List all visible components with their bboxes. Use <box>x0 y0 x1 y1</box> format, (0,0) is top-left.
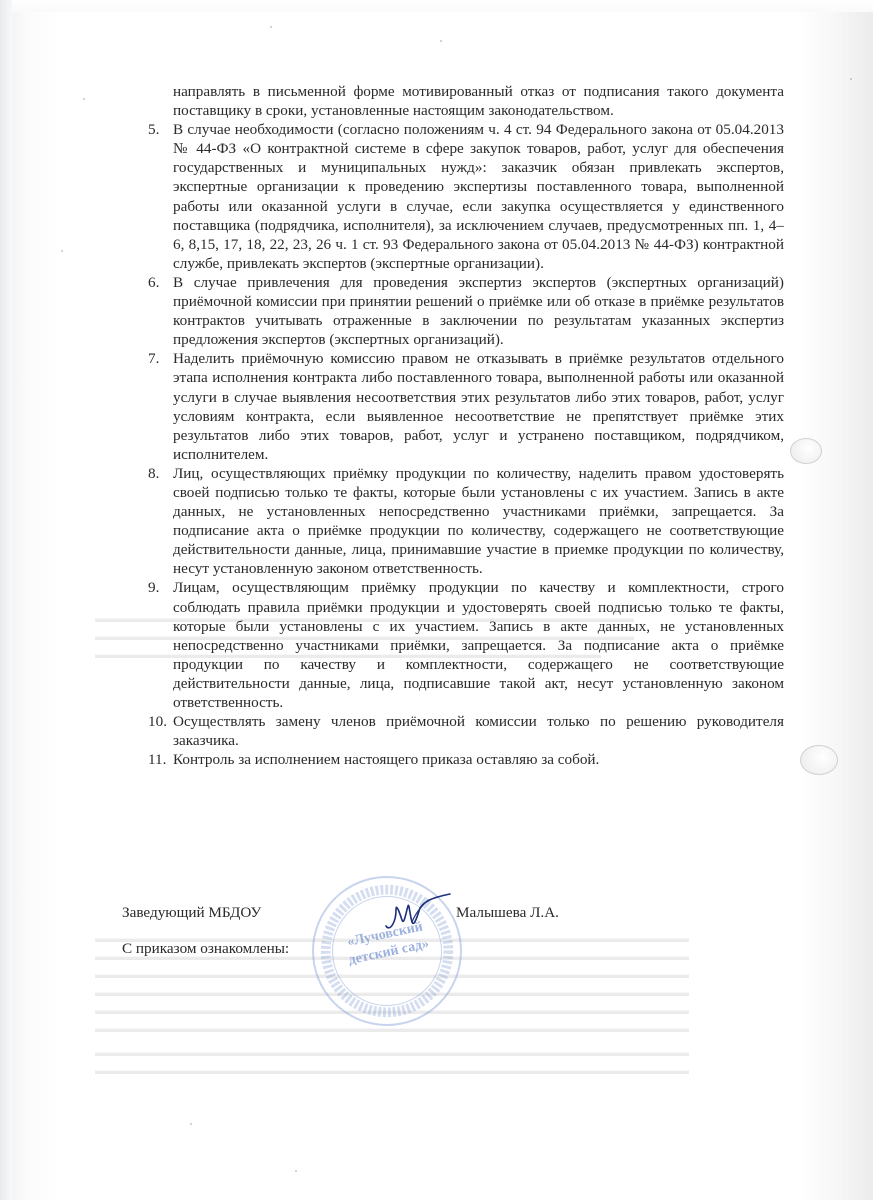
scan-speck <box>440 40 442 42</box>
item-text: Осуществлять замену членов приёмочной ко… <box>173 713 784 749</box>
item-number: 5. <box>148 120 172 139</box>
continuation-paragraph: направлять в письменной форме мотивирова… <box>148 82 784 120</box>
signature-row: Заведующий МБДОУ Малышева Л.А. <box>122 904 642 934</box>
signer-name: Малышева Л.А. <box>456 904 559 922</box>
scan-speck <box>190 1123 192 1125</box>
list-item: 9. Лицам, осуществляющим приёмку продукц… <box>148 578 784 712</box>
list-item: 11. Контроль за исполнением настоящего п… <box>148 750 784 769</box>
scan-speck <box>83 98 85 100</box>
list-item: 10. Осуществлять замену членов приёмочно… <box>148 712 784 750</box>
list-item: 6. В случае привлечения для проведения э… <box>148 273 784 349</box>
item-text: Наделить приёмочную комиссию правом не о… <box>173 350 784 462</box>
paper-crease-mark <box>790 438 822 464</box>
item-text: Лиц, осуществляющих приёмку продукции по… <box>173 465 784 577</box>
scan-speck <box>61 250 63 252</box>
item-text: Лицам, осуществляющим приёмку продукции … <box>173 579 784 711</box>
scan-left-edge <box>0 0 12 1200</box>
list-item: 8. Лиц, осуществляющих приёмку продукции… <box>148 464 784 579</box>
item-number: 8. <box>148 464 172 483</box>
item-number: 6. <box>148 273 172 292</box>
item-text: В случае необходимости (согласно положен… <box>173 121 784 272</box>
bleed-through-text: ▬▬▬▬▬▬▬▬▬▬▬▬▬▬▬▬▬▬▬▬▬▬▬▬▬▬▬▬▬▬▬▬▬▬▬▬▬▬▬▬… <box>95 1046 689 1060</box>
list-item: 5. В случае необходимости (согласно поло… <box>148 120 784 273</box>
bleed-through-text: ▬▬▬▬▬▬▬▬▬▬▬▬▬▬▬▬▬▬▬▬▬▬▬▬▬▬▬▬▬▬▬▬▬▬▬▬▬▬▬▬… <box>95 1064 689 1078</box>
scan-speck <box>270 26 272 28</box>
scan-speck <box>850 78 852 80</box>
item-number: 7. <box>148 349 172 368</box>
item-number: 9. <box>148 578 172 597</box>
document-body: направлять в письменной форме мотивирова… <box>148 82 784 769</box>
scan-top-edge <box>0 0 873 12</box>
acknowledged-label: С приказом ознакомлены: <box>122 940 289 958</box>
item-text: Контроль за исполнением настоящего прика… <box>173 751 599 768</box>
item-number: 10. <box>148 712 172 731</box>
numbered-list: 5. В случае необходимости (согласно поло… <box>148 120 784 769</box>
item-number: 11. <box>148 750 172 769</box>
paper-crease-mark <box>800 745 838 775</box>
item-text: В случае привлечения для проведения эксп… <box>173 274 784 348</box>
scan-speck <box>295 1170 297 1172</box>
list-item: 7. Наделить приёмочную комиссию правом н… <box>148 349 784 464</box>
signature-block: Заведующий МБДОУ Малышева Л.А. С приказо… <box>122 904 642 934</box>
signer-position: Заведующий МБДОУ <box>122 904 261 922</box>
